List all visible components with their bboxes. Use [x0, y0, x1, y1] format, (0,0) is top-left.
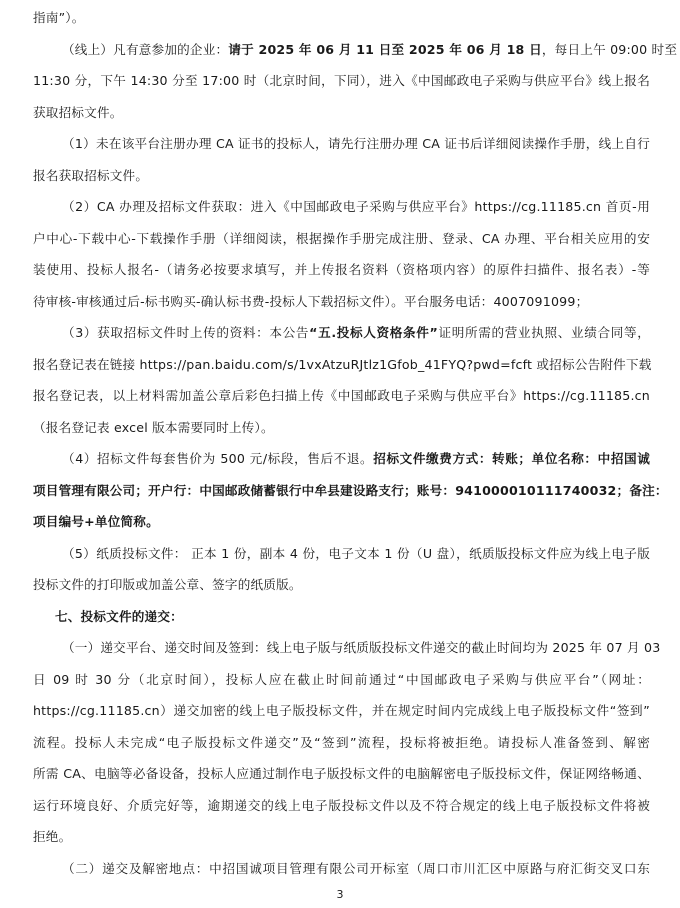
text-line: 运行环境良好、介质完好等，逾期递交的线上电子版投标文件以及不符合规定的线上电子版… — [33, 796, 650, 816]
text-run: 获取招标文件。 — [33, 105, 123, 120]
text-run: 流程。投标人未完成“电子版投标文件递交”及“签到”流程，投标将被拒绝。请投标人准… — [33, 735, 650, 750]
text-run: 报名登记表，以上材料需加盖公章后彩色扫描上传《中国邮政电子采购与供应平台》htt… — [33, 388, 650, 403]
text-run: 所需 CA、电脑等必备设备，投标人应通过制作电子版投标文件的电脑解密电子版投标文… — [33, 766, 650, 781]
text-line: 投标文件的打印版或加盖公章、签字的纸质版。 — [33, 575, 650, 595]
text-run: 拒绝。 — [33, 829, 71, 844]
text-run: （4）招标文件每套售价为 500 元/标段，售后不退。 — [62, 451, 373, 466]
text-line: 户中心-下载中心-下载操作手册（详细阅读，根据操作手册完成注册、登录、CA 办理… — [33, 229, 650, 249]
text-line: 装使用、投标人报名-（请务必按要求填写，并上传报名资料（资格项内容）的原件扫描件… — [33, 260, 650, 280]
document-page: 指南”）。（线上）凡有意参加的企业：请于 2025 年 06 月 11 日至 2… — [0, 0, 680, 908]
text-line: （线上）凡有意参加的企业：请于 2025 年 06 月 11 日至 2025 年… — [62, 40, 650, 60]
text-line: 流程。投标人未完成“电子版投标文件递交”及“签到”流程，投标将被拒绝。请投标人准… — [33, 733, 650, 753]
text-run: 运行环境良好、介质完好等，逾期递交的线上电子版投标文件以及不符合规定的线上电子版… — [33, 798, 650, 813]
bold-text: 项目编号+单位简称。 — [33, 514, 159, 529]
text-run: https://cg.11185.cn）递交加密的线上电子版投标文件，并在规定时… — [33, 703, 650, 718]
text-run: 指南”）。 — [33, 10, 85, 25]
text-run: 证明所需的营业执照、业绩合同等， — [438, 325, 650, 340]
bold-text: 请于 2025 年 06 月 11 日至 2025 年 06 月 18 日 — [228, 42, 542, 57]
text-run: （二）递交及解密地点：中招国诚项目管理有限公司开标室（周口市川汇区中原路与府汇街… — [62, 861, 650, 876]
text-line: 报名登记表在链接 https://pan.baidu.com/s/1vxAtzu… — [33, 355, 650, 375]
text-run: （3）获取招标文件时上传的资料：本公告 — [62, 325, 309, 340]
text-line: 拒绝。 — [33, 827, 650, 847]
text-run: 日 09 时 30 分（北京时间），投标人应在截止时间前通过“中国邮政电子采购与… — [33, 672, 650, 687]
text-run: （1）未在该平台注册办理 CA 证书的投标人，请先行注册办理 CA 证书后详细阅… — [62, 136, 650, 151]
text-run: ，每日上午 09:00 时至 — [542, 42, 677, 57]
text-line: （3）获取招标文件时上传的资料：本公告“五.投标人资格条件”证明所需的营业执照、… — [62, 323, 650, 343]
bold-text: 项目管理有限公司；开户行：中国邮政储蓄银行中牟县建设路支行；账号：9410000… — [33, 483, 668, 498]
text-run: （线上）凡有意参加的企业： — [62, 42, 228, 57]
bold-text: “五.投标人资格条件” — [309, 325, 438, 340]
text-run: 报名获取招标文件。 — [33, 168, 148, 183]
section-heading: 七、投标文件的递交： — [55, 607, 672, 627]
text-run: 投标文件的打印版或加盖公章、签字的纸质版。 — [33, 577, 302, 592]
text-line: （4）招标文件每套售价为 500 元/标段，售后不退。招标文件缴费方式：转账；单… — [62, 449, 650, 469]
text-line: 日 09 时 30 分（北京时间），投标人应在截止时间前通过“中国邮政电子采购与… — [33, 670, 650, 690]
text-run: 装使用、投标人报名-（请务必按要求填写，并上传报名资料（资格项内容）的原件扫描件… — [33, 262, 650, 277]
page-number: 3 — [0, 888, 680, 902]
text-line: （一）递交平台、递交时间及签到：线上电子版与纸质版投标文件递交的截止时间均为 2… — [62, 638, 650, 658]
text-line: （2）CA 办理及招标文件获取：进入《中国邮政电子采购与供应平台》https:/… — [62, 197, 650, 217]
text-line: 11:30 分，下午 14:30 分至 17:00 时（北京时间，下同），进入《… — [33, 71, 650, 91]
text-run: 户中心-下载中心-下载操作手册（详细阅读，根据操作手册完成注册、登录、CA 办理… — [33, 231, 650, 246]
text-line: 报名获取招标文件。 — [33, 166, 650, 186]
text-run: （2）CA 办理及招标文件获取：进入《中国邮政电子采购与供应平台》https:/… — [62, 199, 650, 214]
text-line: 项目管理有限公司；开户行：中国邮政储蓄银行中牟县建设路支行；账号：9410000… — [33, 481, 650, 501]
text-run: （报名登记表 excel 版本需要同时上传）。 — [33, 420, 274, 435]
text-run: 报名登记表在链接 https://pan.baidu.com/s/1vxAtzu… — [33, 357, 652, 372]
text-run: （5）纸质投标文件： 正本 1 份，副本 4 份，电子文本 1 份（U 盘），纸… — [62, 546, 650, 561]
text-run: 11:30 分，下午 14:30 分至 17:00 时（北京时间，下同），进入《… — [33, 73, 650, 88]
text-run: （一）递交平台、递交时间及签到：线上电子版与纸质版投标文件递交的截止时间均为 2… — [62, 640, 660, 655]
bold-text: 七、投标文件的递交： — [55, 609, 183, 624]
text-line: （1）未在该平台注册办理 CA 证书的投标人，请先行注册办理 CA 证书后详细阅… — [62, 134, 650, 154]
text-line: （5）纸质投标文件： 正本 1 份，副本 4 份，电子文本 1 份（U 盘），纸… — [62, 544, 650, 564]
text-line: 指南”）。 — [33, 8, 650, 28]
text-run: 待审核-审核通过后-标书购买-确认标书费-投标人下载招标文件）。平台服务电话：4… — [33, 294, 588, 309]
text-line: 获取招标文件。 — [33, 103, 650, 123]
bold-text: 招标文件缴费方式：转账；单位名称：中招国诚 — [373, 451, 650, 466]
text-line: https://cg.11185.cn）递交加密的线上电子版投标文件，并在规定时… — [33, 701, 650, 721]
text-line: 项目编号+单位简称。 — [33, 512, 650, 532]
text-line: （二）递交及解密地点：中招国诚项目管理有限公司开标室（周口市川汇区中原路与府汇街… — [62, 859, 650, 879]
text-line: 待审核-审核通过后-标书购买-确认标书费-投标人下载招标文件）。平台服务电话：4… — [33, 292, 650, 312]
text-line: （报名登记表 excel 版本需要同时上传）。 — [33, 418, 650, 438]
text-line: 报名登记表，以上材料需加盖公章后彩色扫描上传《中国邮政电子采购与供应平台》htt… — [33, 386, 650, 406]
text-line: 所需 CA、电脑等必备设备，投标人应通过制作电子版投标文件的电脑解密电子版投标文… — [33, 764, 650, 784]
